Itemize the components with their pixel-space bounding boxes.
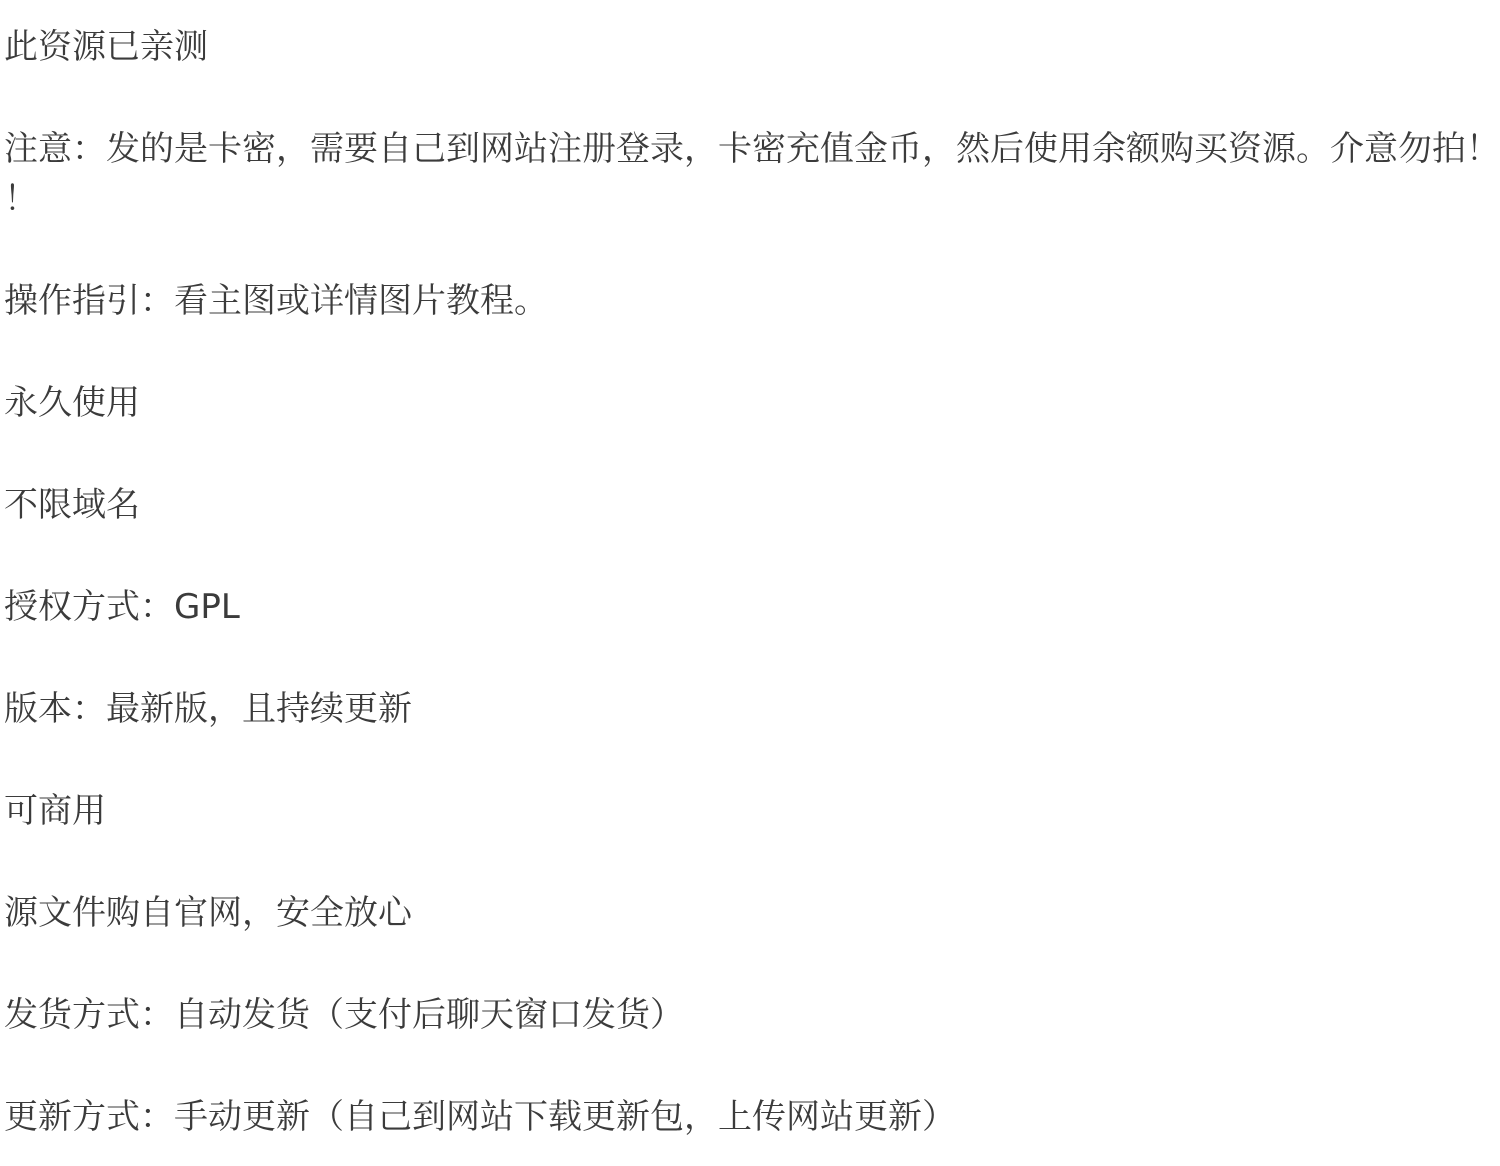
description-paragraph: 永久使用 [4, 378, 1500, 428]
description-paragraph: 注意：发的是卡密，需要自己到网站注册登录，卡密充值金币，然后使用余额购买资源。介… [4, 124, 1500, 224]
description-paragraph: 此资源已亲测 [4, 22, 1500, 72]
description-paragraph: 授权方式：GPL [4, 582, 1500, 632]
description-paragraph: 源文件购自官网，安全放心 [4, 888, 1500, 938]
description-paragraph: 可商用 [4, 786, 1500, 836]
description-paragraph: 更新方式：手动更新（自己到网站下载更新包，上传网站更新） [4, 1092, 1500, 1142]
description-paragraph: 版本：最新版，且持续更新 [4, 684, 1500, 734]
description-paragraph: 不限域名 [4, 480, 1500, 530]
product-description: 此资源已亲测注意：发的是卡密，需要自己到网站注册登录，卡密充值金币，然后使用余额… [0, 0, 1500, 1166]
description-paragraph: 发货方式：自动发货（支付后聊天窗口发货） [4, 990, 1500, 1040]
description-paragraph: 操作指引：看主图或详情图片教程。 [4, 276, 1500, 326]
